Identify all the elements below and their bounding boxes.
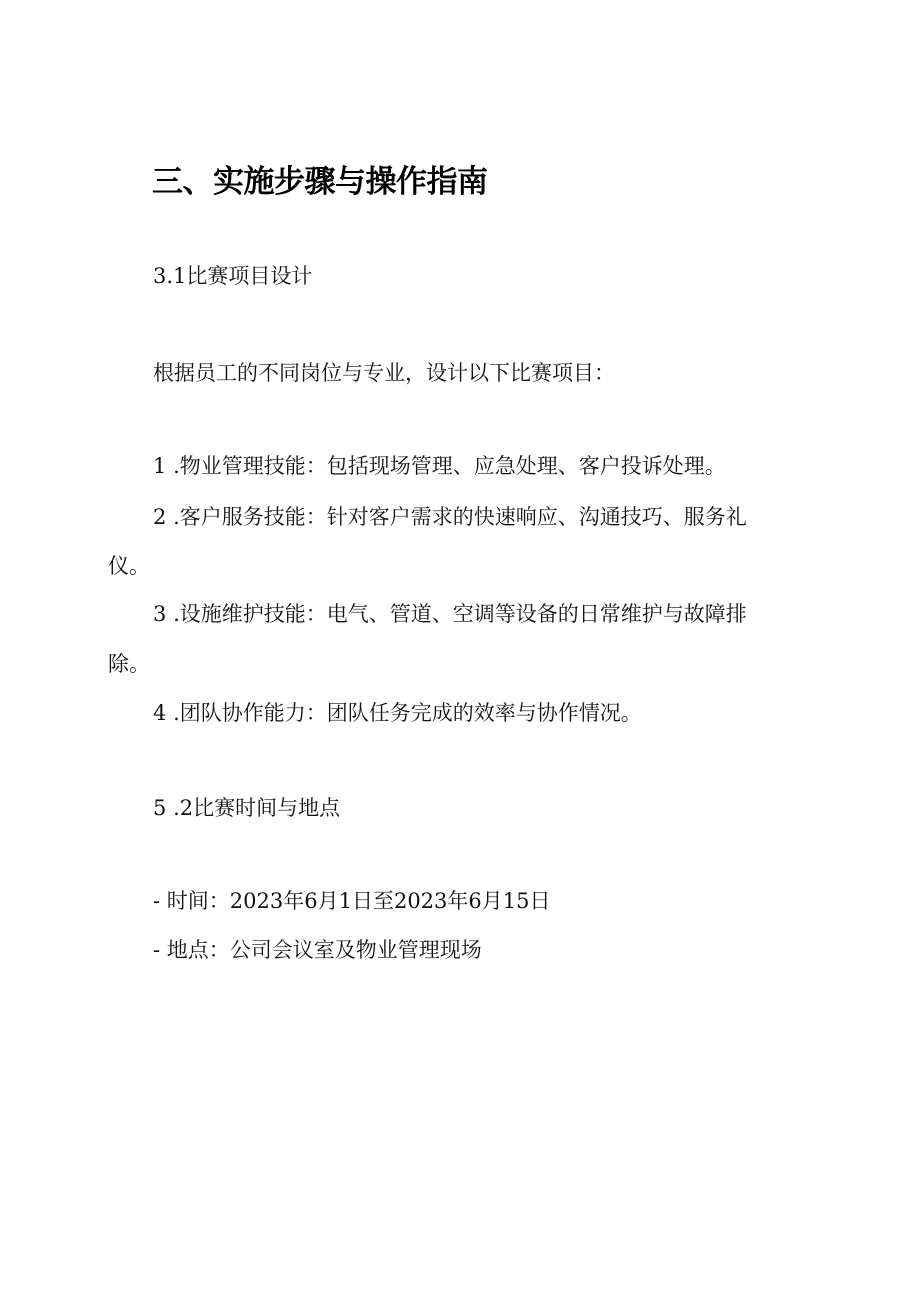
item-text: .物业管理技能：包括现场管理、应急处理、客户投诉处理。: [173, 454, 726, 478]
list-item-3-wrap: 除。: [108, 651, 150, 677]
item-number: 1: [153, 454, 166, 478]
subsection-heading-5-2: 5 .2比赛时间与地点: [153, 795, 340, 821]
section-title: 三、实施步骤与操作指南: [152, 162, 488, 202]
item-text: .设施维护技能：电气、管道、空调等设备的日常维护与故障排: [173, 602, 747, 626]
bullet-dash: -: [153, 938, 160, 962]
list-item-1: 1 .物业管理技能：包括现场管理、应急处理、客户投诉处理。: [153, 453, 726, 479]
list-item-4: 4 .团队协作能力：团队任务完成的效率与协作情况。: [153, 700, 642, 726]
list-item-3: 3 .设施维护技能：电气、管道、空调等设备的日常维护与故障排: [153, 601, 747, 627]
list-item-2: 2 .客户服务技能：针对客户需求的快速响应、沟通技巧、服务礼: [153, 504, 747, 530]
item-number: 4: [153, 701, 166, 725]
detail-text: 地点：公司会议室及物业管理现场: [167, 938, 482, 962]
heading-text: .2比赛时间与地点: [173, 796, 340, 820]
subsection-heading-3-1: 3.1比赛项目设计: [153, 263, 312, 289]
detail-time: - 时间：2023年6月1日至2023年6月15日: [153, 888, 551, 914]
detail-text: 时间：2023年6月1日至2023年6月15日: [167, 889, 551, 913]
bullet-dash: -: [153, 889, 160, 913]
item-text: .客户服务技能：针对客户需求的快速响应、沟通技巧、服务礼: [173, 505, 747, 529]
detail-location: - 地点：公司会议室及物业管理现场: [153, 937, 482, 963]
intro-paragraph: 根据员工的不同岗位与专业，设计以下比赛项目：: [153, 360, 615, 386]
item-number: 3: [153, 602, 166, 626]
item-text: .团队协作能力：团队任务完成的效率与协作情况。: [173, 701, 642, 725]
item-number: 5: [153, 796, 166, 820]
item-number: 2: [153, 505, 166, 529]
list-item-2-wrap: 仪。: [108, 553, 150, 579]
